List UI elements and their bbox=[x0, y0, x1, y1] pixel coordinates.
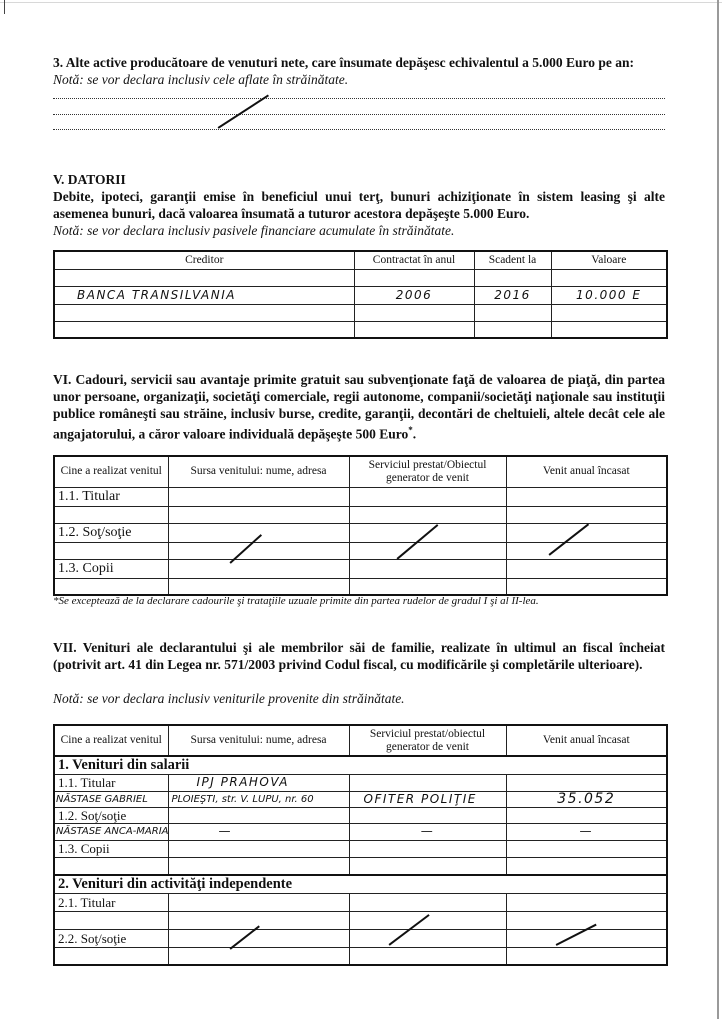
cell bbox=[354, 269, 474, 286]
section5-text: Debite, ipoteci, garanţii emise în benef… bbox=[53, 188, 665, 222]
page-edge-top bbox=[0, 2, 722, 3]
section3-note: Notă: se vor declara inclusiv cele aflat… bbox=[53, 71, 348, 88]
debts-table: Creditor Contractat în anul Scadent la V… bbox=[53, 250, 668, 339]
cell bbox=[168, 929, 349, 947]
due-year-value: 2016 bbox=[474, 286, 551, 304]
spouse-name: NĂSTASE ANCA-MARIA bbox=[54, 823, 168, 840]
table-row: 1.1. Titular IPJ PRAHOVA bbox=[54, 774, 667, 791]
cell bbox=[168, 578, 349, 595]
section3-title: 3. Alte active producătoare de venuturi … bbox=[53, 54, 673, 71]
group-independent-title: 2. Venituri din activităţi independente bbox=[54, 875, 667, 893]
section7-note: Notă: se vor declara inclusiv veniturile… bbox=[53, 690, 405, 707]
header-service: Serviciul prestat/Obiectul generator de … bbox=[349, 456, 506, 487]
table-row bbox=[54, 321, 667, 338]
section5-heading: V. DATORII bbox=[53, 171, 126, 188]
cell bbox=[54, 304, 354, 321]
table-row: 1.3. Copii bbox=[54, 559, 667, 578]
header-valoare: Valoare bbox=[551, 251, 667, 269]
row-label: 2.1. Titular bbox=[54, 893, 168, 911]
header-scadent: Scadent la bbox=[474, 251, 551, 269]
cell bbox=[506, 578, 667, 595]
table-row bbox=[54, 304, 667, 321]
cell bbox=[506, 774, 667, 791]
header-who: Cine a realizat venitul bbox=[54, 456, 168, 487]
cell bbox=[551, 304, 667, 321]
row-label: 1.3. Copii bbox=[54, 559, 168, 578]
table-row: 1.3. Copii bbox=[54, 840, 667, 857]
header-contractat: Contractat în anul bbox=[354, 251, 474, 269]
cell bbox=[349, 487, 506, 506]
table-row: 2.1. Titular bbox=[54, 893, 667, 911]
contract-year-value: 2006 bbox=[354, 286, 474, 304]
cell bbox=[54, 542, 168, 559]
table-row bbox=[54, 269, 667, 286]
page-edge-right bbox=[717, 0, 719, 1019]
dotted-line-2 bbox=[53, 114, 665, 115]
table-header-row: Creditor Contractat în anul Scadent la V… bbox=[54, 251, 667, 269]
spouse-income: — bbox=[506, 823, 667, 840]
table-row: NĂSTASE ANCA-MARIA — — — bbox=[54, 823, 667, 840]
cell bbox=[349, 578, 506, 595]
cell bbox=[54, 321, 354, 338]
section6-footnote: *Se exceptează de la declarare cadourile… bbox=[53, 595, 539, 607]
cell bbox=[474, 304, 551, 321]
row-label: 1.1. Titular bbox=[54, 487, 168, 506]
cell bbox=[474, 269, 551, 286]
cell bbox=[168, 893, 349, 911]
holder-annual-income: 35.052 bbox=[506, 791, 667, 807]
holder-name: NĂSTASE GABRIEL bbox=[54, 791, 168, 807]
cell bbox=[168, 947, 349, 965]
cell bbox=[349, 774, 506, 791]
group-header-row: 2. Venituri din activităţi independente bbox=[54, 875, 667, 893]
cell bbox=[506, 506, 667, 523]
cell bbox=[168, 840, 349, 857]
table-row bbox=[54, 857, 667, 875]
row-label: 1.3. Copii bbox=[54, 840, 168, 857]
income-table: Cine a realizat venitul Sursa venitului:… bbox=[53, 724, 668, 966]
table-row bbox=[54, 911, 667, 929]
cell bbox=[168, 523, 349, 542]
cell bbox=[54, 857, 168, 875]
dotted-line-1 bbox=[53, 98, 665, 99]
strike-mark bbox=[218, 94, 269, 128]
cell bbox=[506, 947, 667, 965]
cell bbox=[506, 840, 667, 857]
cell bbox=[54, 947, 168, 965]
header-creditor: Creditor bbox=[54, 251, 354, 269]
dotted-line-3 bbox=[53, 129, 665, 130]
table-row: 1.2. Soţ/soţie bbox=[54, 807, 667, 823]
cell bbox=[168, 807, 349, 823]
row-label: 1.2. Soţ/soţie bbox=[54, 807, 168, 823]
header-source: Sursa venitului: nume, adresa bbox=[168, 725, 349, 756]
cell bbox=[551, 321, 667, 338]
table-header-row: Cine a realizat venitul Sursa venitului:… bbox=[54, 456, 667, 487]
amount-value: 10.000 E bbox=[551, 286, 667, 304]
header-income: Venit anual încasat bbox=[506, 456, 667, 487]
table-row bbox=[54, 542, 667, 559]
cell bbox=[551, 269, 667, 286]
cell bbox=[54, 269, 354, 286]
cell bbox=[506, 893, 667, 911]
cell bbox=[349, 893, 506, 911]
cell bbox=[506, 542, 667, 559]
cell bbox=[349, 947, 506, 965]
cell bbox=[54, 506, 168, 523]
cell bbox=[349, 542, 506, 559]
cell bbox=[168, 542, 349, 559]
cell bbox=[168, 857, 349, 875]
group-header-row: 1. Venituri din salarii bbox=[54, 756, 667, 774]
cell bbox=[168, 559, 349, 578]
cell bbox=[354, 321, 474, 338]
cell bbox=[506, 929, 667, 947]
spouse-service: — bbox=[349, 823, 506, 840]
cell bbox=[506, 911, 667, 929]
cell bbox=[349, 840, 506, 857]
table-row bbox=[54, 578, 667, 595]
header-income: Venit anual încasat bbox=[506, 725, 667, 756]
row-label: 2.2. Soţ/soţie bbox=[54, 929, 168, 947]
table-row: 1.1. Titular bbox=[54, 487, 667, 506]
creditor-value: BANCA TRANSILVANIA bbox=[54, 286, 354, 304]
cell bbox=[506, 807, 667, 823]
table-row bbox=[54, 506, 667, 523]
gifts-table: Cine a realizat venitul Sursa venitului:… bbox=[53, 455, 668, 596]
section6-heading-text: VI. Cadouri, servicii sau avantaje primi… bbox=[53, 372, 665, 442]
cell bbox=[349, 559, 506, 578]
cell bbox=[168, 506, 349, 523]
table-row: BANCA TRANSILVANIA 2006 2016 10.000 E bbox=[54, 286, 667, 304]
table-row: NĂSTASE GABRIEL PLOIEŞTI, str. V. LUPU, … bbox=[54, 791, 667, 807]
section5-note: Notă: se vor declara inclusiv pasivele f… bbox=[53, 222, 454, 239]
cell bbox=[474, 321, 551, 338]
table-row bbox=[54, 947, 667, 965]
group-salaries-title: 1. Venituri din salarii bbox=[54, 756, 667, 774]
row-label: 1.2. Soţ/soţie bbox=[54, 523, 168, 542]
row-label: 1.1. Titular bbox=[54, 774, 168, 791]
cell bbox=[506, 487, 667, 506]
cell bbox=[54, 911, 168, 929]
cell bbox=[349, 929, 506, 947]
section7-heading: VII. Venituri ale declarantului şi ale m… bbox=[53, 639, 665, 673]
employer-name: IPJ PRAHOVA bbox=[168, 774, 349, 791]
header-service: Serviciul prestat/obiectul generator de … bbox=[349, 725, 506, 756]
holder-occupation: OFITER POLIŢIE bbox=[349, 791, 506, 807]
page-edge-mark bbox=[4, 0, 5, 14]
table-row: 2.2. Soţ/soţie bbox=[54, 929, 667, 947]
cell bbox=[349, 506, 506, 523]
cell bbox=[168, 487, 349, 506]
cell bbox=[506, 857, 667, 875]
cell bbox=[506, 559, 667, 578]
header-source: Sursa venitului: nume, adresa bbox=[168, 456, 349, 487]
cell bbox=[349, 857, 506, 875]
section6-heading: VI. Cadouri, servicii sau avantaje primi… bbox=[53, 371, 665, 443]
header-who: Cine a realizat venitul bbox=[54, 725, 168, 756]
employer-address: PLOIEŞTI, str. V. LUPU, nr. 60 bbox=[168, 791, 349, 807]
cell bbox=[354, 304, 474, 321]
spouse-source: — bbox=[168, 823, 349, 840]
cell bbox=[349, 807, 506, 823]
cell bbox=[54, 578, 168, 595]
table-header-row: Cine a realizat venitul Sursa venitului:… bbox=[54, 725, 667, 756]
